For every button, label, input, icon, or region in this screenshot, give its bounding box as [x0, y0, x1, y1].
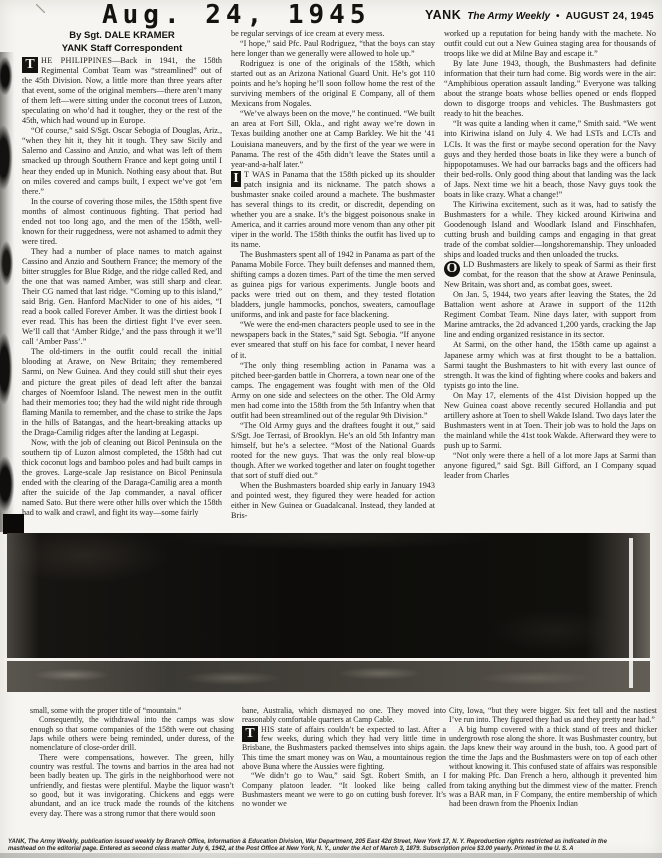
- lead-caps: T WAS: [244, 170, 270, 179]
- paragraph: “The Old Army guys and the draftees foug…: [231, 421, 435, 481]
- dropcap-t: T: [242, 726, 258, 742]
- dropcap-o: O: [444, 261, 460, 277]
- pencil-mark: [36, 4, 45, 13]
- paragraph: “Not only were there a hell of a lot mor…: [444, 451, 656, 481]
- paragraph: By late June 1943, though, the Bushmaste…: [444, 59, 656, 119]
- paragraph-text: in Panama that the 158th picked up its s…: [231, 170, 435, 249]
- paragraph-text: —Back in 1941, the 158th Regimental Comb…: [22, 56, 222, 125]
- paragraph: THE PHILIPPINES—Back in 1941, the 158th …: [22, 56, 222, 126]
- column-bottom-3: City, Iowa, “but they were bigger. Six f…: [449, 706, 657, 839]
- lead-caps: HE PHILIPPINES: [41, 56, 112, 65]
- paragraph: “The only thing resembling action in Pan…: [231, 361, 435, 421]
- paragraph: “We didn’t go to Wau,” said Sgt. Robert …: [242, 771, 446, 808]
- paragraph: There were compensations, however. The g…: [30, 753, 234, 818]
- lead-caps: LD: [463, 260, 475, 269]
- page-date-headline: Aug. 24, 1945: [102, 0, 371, 30]
- byline-role: YANK Staff Correspondent: [24, 42, 220, 55]
- byline: By Sgt. DALE KRAMER YANK Staff Correspon…: [24, 29, 220, 55]
- paragraph: The old-timers in the outfit could recal…: [22, 347, 222, 437]
- paragraph: small, some with the proper title of “mo…: [30, 706, 234, 715]
- dropcap-t: T: [22, 57, 38, 73]
- paragraph: worked up a reputation for being handy w…: [444, 29, 656, 59]
- publication-footer: YANK, The Army Weekly, publication issue…: [8, 839, 656, 853]
- paragraph: Consequently, the withdrawal into the ca…: [30, 715, 234, 752]
- scan-artifact-bottom: [0, 853, 662, 858]
- paragraph: When the Bushmasters boarded ship early …: [231, 481, 435, 521]
- photo-corner-notch: [3, 514, 24, 534]
- paragraph: OLD Bushmasters are likely to speak of S…: [444, 260, 656, 290]
- footer-line-2: masthead on the editorial page. Entered …: [8, 846, 656, 853]
- yank-logo: YANK: [425, 8, 461, 22]
- paragraph: “I hope,” said Pfc. Paul Rodriguez, “tha…: [231, 39, 435, 59]
- paragraph: IT WAS in Panama that the 158th picked u…: [231, 170, 435, 250]
- scan-artifact-left-edge: [0, 52, 17, 532]
- paragraph: “We’ve always been on the move,” he cont…: [231, 109, 435, 169]
- paragraph: In the course of covering those miles, t…: [22, 197, 222, 247]
- paragraph: A big hump covered with a thick stand of…: [449, 725, 657, 809]
- footer-line-1: YANK, The Army Weekly, publication issue…: [8, 839, 656, 846]
- paragraph: be regular servings of ice cream at ever…: [231, 29, 435, 39]
- dropcap-i: I: [231, 171, 241, 187]
- paragraph: On May 17, elements of the 41st Division…: [444, 391, 656, 451]
- paragraph: They had a number of place names to matc…: [22, 247, 222, 347]
- column-top-3: worked up a reputation for being handy w…: [444, 29, 656, 532]
- paragraph: “We were the end-men characters people u…: [231, 320, 435, 360]
- column-bottom-1: small, some with the proper title of “mo…: [30, 706, 234, 839]
- masthead-issue-date: AUGUST 24, 1945: [566, 11, 654, 22]
- lead-caps: HIS: [261, 725, 275, 734]
- magazine-page: Aug. 24, 1945 YANK The Army Weekly • AUG…: [0, 0, 662, 858]
- paragraph: City, Iowa, “but they were bigger. Six f…: [449, 706, 657, 725]
- masthead-subtitle: The Army Weekly: [467, 11, 550, 22]
- paragraph: The Kiriwina excitement, such as it was,…: [444, 200, 656, 260]
- paragraph: The Bushmasters spent all of 1942 in Pan…: [231, 250, 435, 320]
- paragraph: At Sarmi, on the other hand, the 158th c…: [444, 340, 656, 390]
- paragraph: “Of course,” said S/Sgt. Oscar Sebogia o…: [22, 126, 222, 196]
- bullet-separator: •: [556, 11, 560, 22]
- paragraph-text: Bushmasters are likely to speak of Sarmi…: [444, 260, 656, 289]
- photograph-lower-band: [7, 661, 650, 692]
- scan-gap: [629, 538, 633, 688]
- column-top-2: be regular servings of ice cream at ever…: [231, 29, 435, 532]
- paragraph: bane, Australia, which dismayed no one. …: [242, 706, 446, 725]
- column-top-1: THE PHILIPPINES—Back in 1941, the 158th …: [22, 56, 222, 532]
- paragraph: Rodriguez is one of the originals of the…: [231, 59, 435, 109]
- paragraph: THIS state of affairs couldn’t be expect…: [242, 725, 446, 772]
- column-bottom-2: bane, Australia, which dismayed no one. …: [242, 706, 446, 839]
- photograph-dark: [7, 533, 650, 658]
- paragraph: “It was quite a landing when it came,” S…: [444, 119, 656, 199]
- paragraph: Now, with the job of cleaning out Bicol …: [22, 438, 222, 518]
- byline-author: By Sgt. DALE KRAMER: [24, 29, 220, 42]
- masthead: YANK The Army Weekly • AUGUST 24, 1945: [425, 8, 654, 22]
- paragraph: On Jan. 5, 1944, two years after leaving…: [444, 290, 656, 340]
